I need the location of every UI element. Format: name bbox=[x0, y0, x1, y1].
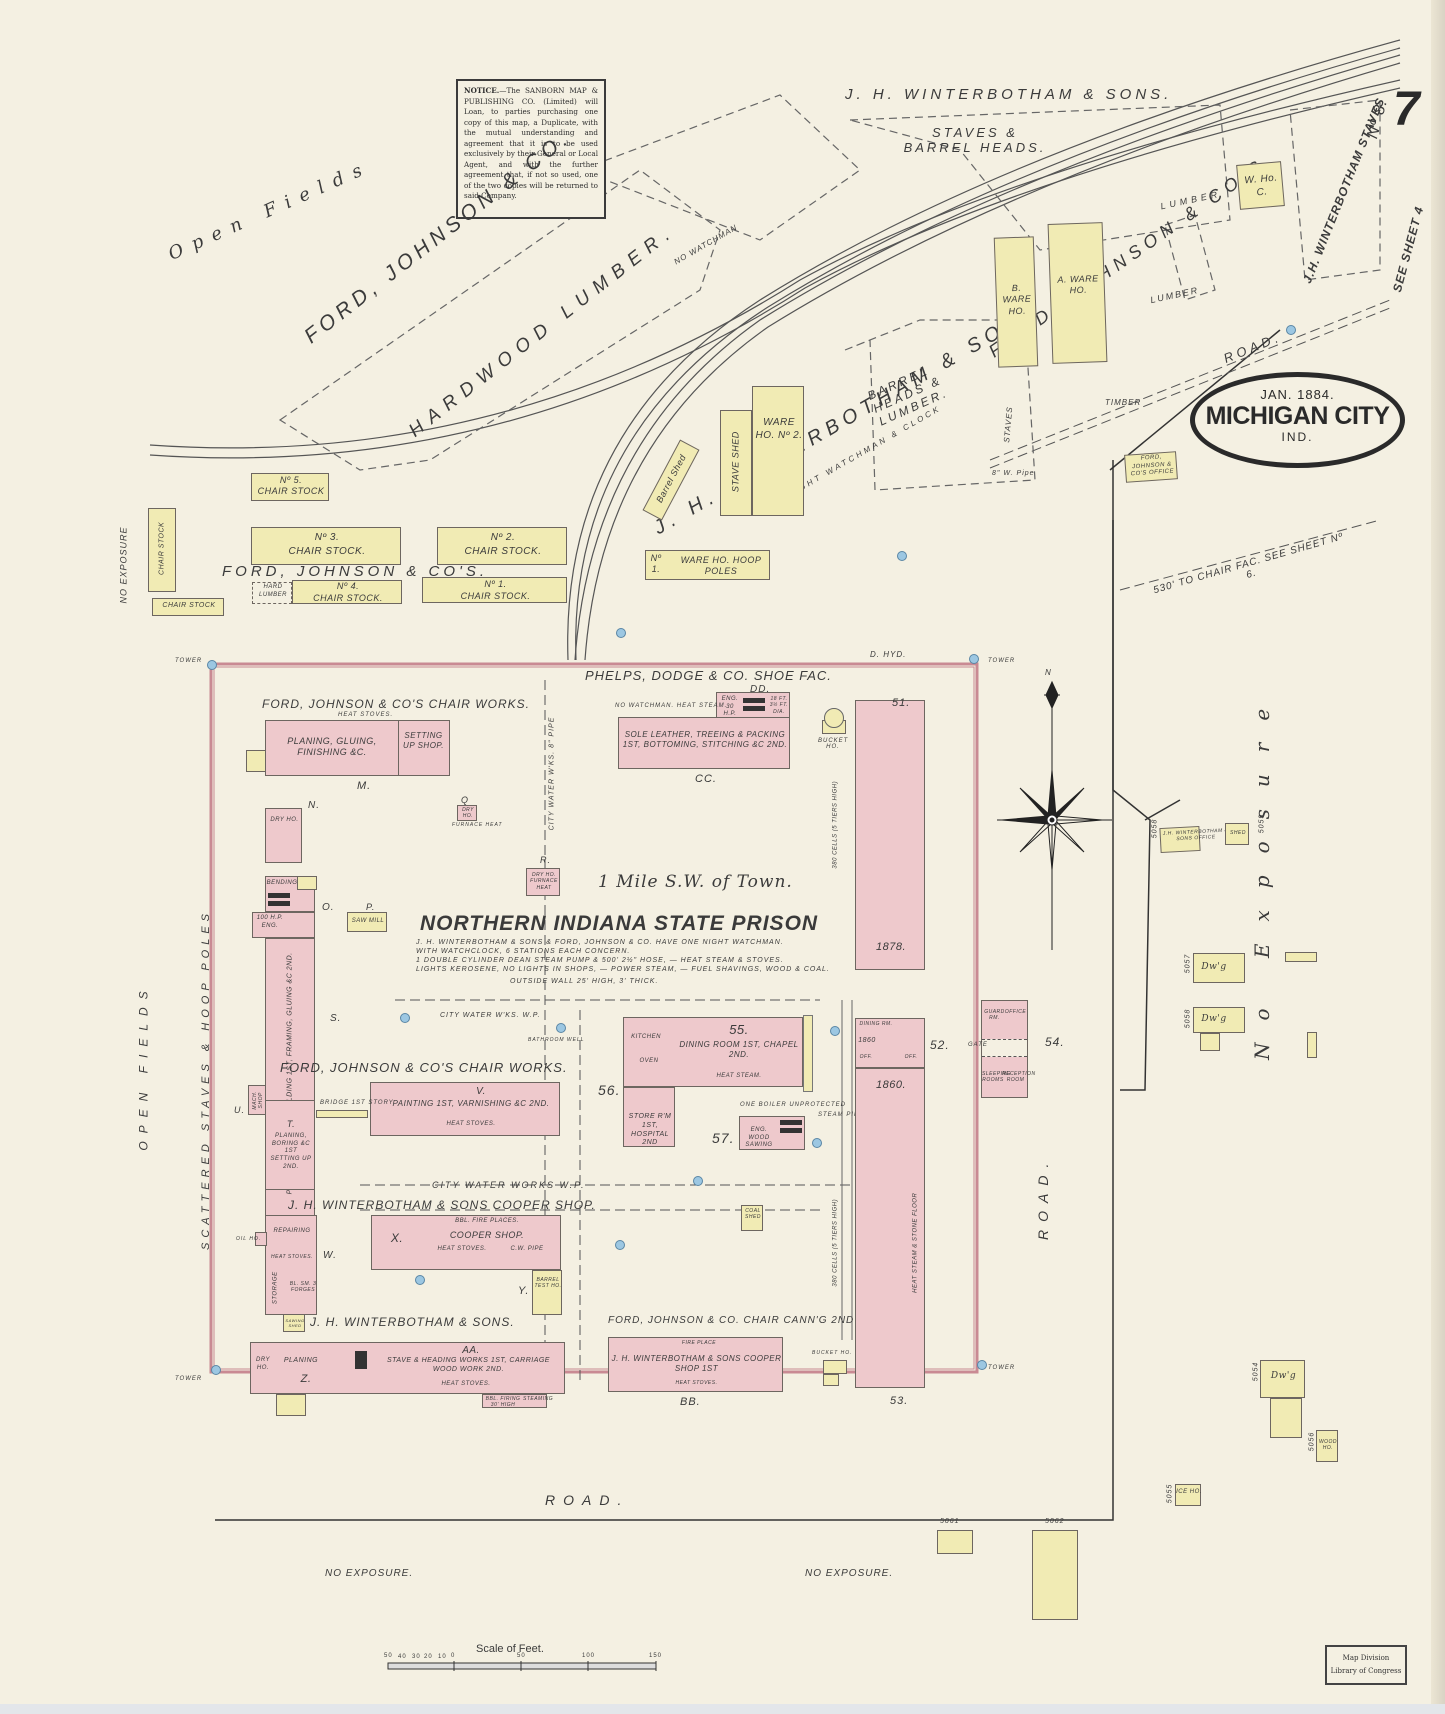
road-right: ROAD. bbox=[1035, 1156, 1051, 1240]
winterbotham-aa-title: J. H. WINTERBOTHAM & SONS. bbox=[310, 1315, 515, 1329]
outbuilding-1 bbox=[1285, 952, 1317, 962]
library-of-congress-stamp: Map Division Library of Congress bbox=[1325, 1645, 1407, 1685]
bldg-54-label: 54. bbox=[1045, 1035, 1065, 1049]
bathroom-well-label: BATHROOM WELL bbox=[528, 1037, 585, 1043]
building-55: 55. DINING ROOM 1ST, CHAPEL 2ND. HEAT ST… bbox=[623, 1017, 803, 1087]
shed-m bbox=[246, 750, 266, 772]
hydrant-icon bbox=[556, 1023, 566, 1033]
outbuilding-2 bbox=[1307, 1032, 1317, 1058]
shed-bottom-1 bbox=[937, 1530, 973, 1554]
boiler-label: ONE BOILER UNPROTECTED bbox=[740, 1102, 846, 1108]
building-x: BBL. FIRE PLACES. X. COOPER SHOP. HEAT S… bbox=[371, 1215, 561, 1270]
compass-north: N bbox=[1045, 668, 1052, 677]
prison-wall-note: OUTSIDE WALL 25' HIGH, 3' THICK. bbox=[510, 978, 658, 985]
stamp-city: MICHIGAN CITY bbox=[1195, 402, 1400, 430]
s-label: S. bbox=[330, 1013, 341, 1024]
porch-55 bbox=[803, 1015, 813, 1092]
building-w: REPAIRING HEAT STOVES. STORAGE BL. SM. 3… bbox=[265, 1215, 317, 1315]
jhw-office: J.H. WINTERBOTHAM & SONS OFFICE bbox=[1159, 826, 1200, 853]
ice-house: ICE HO. bbox=[1175, 1484, 1201, 1506]
prison-note-4: LIGHTS KEROSENE, NO LIGHTS IN SHOPS, — P… bbox=[416, 965, 830, 974]
w-label: W. bbox=[323, 1250, 337, 1261]
prison-note-3: 1 DOUBLE CYLINDER DEAN STEAM PUMP & 500'… bbox=[416, 956, 784, 965]
city-title-stamp: JAN. 1884. MICHIGAN CITY IND. bbox=[1190, 372, 1405, 468]
hydrant-icon bbox=[415, 1275, 425, 1285]
bldg-52-label: 52. bbox=[930, 1038, 950, 1052]
hydrant-icon bbox=[615, 1240, 625, 1250]
building-54: GUARD RM. OFFICE SLEEPING ROOMS RECEPTIO… bbox=[981, 1000, 1028, 1098]
tower-marker-se bbox=[977, 1360, 987, 1370]
water-main-label: CITY WATER W'KS. 8" PIPE bbox=[548, 717, 555, 831]
building-r: DRY HO. FURNACE HEAT bbox=[526, 868, 560, 896]
addr-5058b: 5058 bbox=[1184, 1009, 1191, 1029]
bldg-51-label: 51. bbox=[892, 697, 910, 709]
q-furnace: FURNACE HEAT bbox=[452, 822, 503, 828]
dwelling-2-annex bbox=[1200, 1033, 1220, 1051]
bucket-house-2 bbox=[823, 1360, 847, 1374]
tower-ne: TOWER bbox=[988, 658, 1015, 664]
tower-nw: TOWER bbox=[175, 658, 202, 664]
warehouse-b: B. WARE HO. bbox=[994, 236, 1039, 367]
bridge bbox=[316, 1110, 368, 1118]
building-v: V. PAINTING 1ST, VARNISHING &C 2ND. HEAT… bbox=[370, 1082, 560, 1136]
tower-marker-nw bbox=[207, 660, 217, 670]
stamp-date: JAN. 1884. bbox=[1195, 387, 1400, 402]
paper-edge bbox=[1431, 0, 1445, 1714]
bldg-56-label: 56. bbox=[598, 1082, 620, 1098]
timber-label: TIMBER bbox=[1105, 398, 1141, 407]
stamp-state: IND. bbox=[1195, 430, 1400, 444]
building-bb: FIRE PLACE J. H. WINTERBOTHAM & SONS COO… bbox=[608, 1337, 783, 1392]
chair-stock-3: Nº 3. CHAIR STOCK. bbox=[251, 527, 401, 565]
u-label: U. bbox=[234, 1105, 245, 1115]
distance-from-town: 1 Mile S.W. of Town. bbox=[598, 872, 793, 892]
open-fields-left: OPEN FIELDS bbox=[137, 983, 151, 1150]
cell-block-53: 1860. 380 CELLS (5 TIERS HIGH) HEAT STEA… bbox=[855, 1068, 925, 1388]
building-56: STORE R'M 1ST, HOSPITAL 2ND bbox=[623, 1087, 675, 1147]
warehouse-c: W. Ho. C. bbox=[1236, 161, 1285, 210]
addr-5059: 5059 bbox=[1258, 814, 1265, 834]
barrel-test-house: BARREL TEST HO. bbox=[532, 1270, 562, 1315]
bridge-label: BRIDGE 1ST STORY bbox=[320, 1100, 394, 1106]
bb-label: BB. bbox=[680, 1396, 701, 1408]
q-label: Q bbox=[461, 795, 469, 805]
m-label: M. bbox=[357, 780, 371, 792]
bldg-57-label: 57. bbox=[712, 1130, 734, 1146]
sawing-shed: SAWING SHED bbox=[283, 1314, 305, 1332]
oil-house-label: OIL HO. bbox=[236, 1236, 261, 1242]
water-pipe-label: 8" W. Pipe bbox=[992, 470, 1035, 477]
building-m: PLANING, GLUING, FINISHING &C. SETTING U… bbox=[265, 720, 450, 776]
engine-house-o: 100 H.P. ENG. bbox=[252, 912, 315, 938]
chair-stock-5: Nº 5. CHAIR STOCK bbox=[251, 473, 329, 501]
tower-sw: TOWER bbox=[175, 1376, 202, 1382]
scale-title: Scale of Feet. bbox=[476, 1643, 544, 1655]
chair-stock-4: Nº 4. CHAIR STOCK. bbox=[292, 580, 402, 604]
no-exposure-bottom-2: NO EXPOSURE. bbox=[805, 1568, 893, 1579]
hydrant-icon bbox=[897, 551, 907, 561]
hard-lumber: HARD LUMBER bbox=[252, 582, 292, 604]
dwelling-1: Dw'g bbox=[1193, 953, 1245, 983]
hydrant-icon bbox=[693, 1176, 703, 1186]
n-label: N. bbox=[308, 800, 320, 811]
shed-z bbox=[276, 1394, 306, 1416]
chair-stock-6: CHAIR STOCK bbox=[152, 598, 224, 616]
building-q: DRY HO. bbox=[457, 805, 477, 821]
cell-block-51: 380 CELLS (5 TIERS HIGH) 1878. bbox=[855, 700, 925, 970]
dwelling-2: Dw'g bbox=[1193, 1007, 1245, 1033]
bending-shed bbox=[297, 876, 317, 890]
hydrant-icon bbox=[1286, 325, 1296, 335]
addr-5054: 5054 bbox=[1252, 1362, 1259, 1382]
m-heat-stoves: HEAT STOVES. bbox=[338, 712, 393, 718]
addr-5055: 5055 bbox=[1166, 1484, 1173, 1504]
bb-title: FORD, JOHNSON & CO. CHAIR CANN'G 2ND bbox=[608, 1315, 854, 1326]
fj-chair-works-title-2: FORD, JOHNSON & CO'S CHAIR WORKS. bbox=[280, 1060, 568, 1075]
dwelling-3-annex bbox=[1270, 1398, 1302, 1438]
shed-bottom-2 bbox=[1032, 1530, 1078, 1620]
city-water-works-label: CITY WATER WORKS W.P. bbox=[432, 1180, 586, 1190]
map-linework bbox=[0, 0, 1445, 1714]
addr-5061: 5061 bbox=[940, 1518, 960, 1525]
scattered-staves-label: SCATTERED STAVES & HOOP POLES bbox=[200, 909, 212, 1250]
shed-east: SHED bbox=[1225, 823, 1249, 845]
addr-5058a: 5058 bbox=[1151, 819, 1158, 839]
chair-stock-1: Nº 1. CHAIR STOCK. bbox=[422, 577, 567, 603]
bucket-house-2-label: BUCKET HO. bbox=[812, 1350, 853, 1356]
hydrant-icon bbox=[830, 1026, 840, 1036]
warehouse-no1: Nº 1. WARE HO. HOOP POLES bbox=[645, 550, 770, 580]
building-n: DRY HO. bbox=[265, 808, 302, 863]
warehouse-no2: WARE HO. Nº 2. bbox=[752, 386, 804, 516]
hydrant-icon bbox=[400, 1013, 410, 1023]
no-exposure-bottom-1: NO EXPOSURE. bbox=[325, 1568, 413, 1579]
r-label: R. bbox=[540, 855, 551, 865]
building-57: ENG. WOOD SAWING bbox=[739, 1116, 805, 1150]
addr-5056: 5056 bbox=[1308, 1432, 1315, 1452]
no-exposure-right: No Exposure bbox=[1250, 687, 1274, 1060]
prison-title: NORTHERN INDIANA STATE PRISON bbox=[420, 912, 818, 936]
bldg-53-label: 53. bbox=[890, 1395, 908, 1407]
o-label: O. bbox=[322, 902, 335, 913]
building-aa-z: DRY HO. PLANING Z. AA. STAVE & HEADING W… bbox=[250, 1342, 565, 1394]
prison-note-1: J. H. WINTERBOTHAM & SONS & FORD, JOHNSO… bbox=[416, 938, 784, 947]
phelps-cc-label: CC. bbox=[695, 773, 717, 785]
tower-marker-ne bbox=[969, 654, 979, 664]
p-label: P. bbox=[366, 902, 375, 912]
chair-stock-7: CHAIR STOCK bbox=[148, 508, 176, 592]
map-sheet: 7 Nº 8. NOTICE.—The SANBORN MAP & PUBLIS… bbox=[0, 0, 1445, 1714]
tower-se: TOWER bbox=[988, 1365, 1015, 1371]
phelps-main-building: SOLE LEATHER, TREEING & PACKING 1ST, BOT… bbox=[618, 717, 790, 769]
y-label: Y. bbox=[518, 1285, 529, 1297]
no-exposure-left: NO EXPOSURE bbox=[119, 526, 129, 603]
city-water-label: CITY WATER W'KS. W.P. bbox=[440, 1012, 541, 1019]
road-bottom: ROAD. bbox=[545, 1492, 629, 1508]
fj-chair-works-title-1: FORD, JOHNSON & CO'S CHAIR WORKS. bbox=[262, 697, 530, 711]
tower-marker-sw bbox=[211, 1365, 221, 1375]
addr-5057: 5057 bbox=[1184, 954, 1191, 974]
staves-heads-label: STAVES & BARREL HEADS. bbox=[900, 125, 1050, 155]
cell-block-center: DINING RM. 1860 OFF. OFF. bbox=[855, 1018, 925, 1068]
phelps-title: PHELPS, DODGE & CO. SHOE FAC. bbox=[585, 668, 832, 683]
stave-shed: STAVE SHED bbox=[720, 410, 752, 516]
winterbotham-cooper-title: J. H. WINTERBOTHAM & SONS COOPER SHOP. bbox=[288, 1198, 596, 1212]
phelps-note: NO WATCHMAN. HEAT STEAM. bbox=[615, 703, 727, 709]
warehouse-a: A. WARE HO. bbox=[1048, 222, 1108, 364]
chair-stock-2: Nº 2. CHAIR STOCK. bbox=[437, 527, 567, 565]
coal-shed: COAL SHED bbox=[741, 1205, 763, 1231]
gate-label: GATE bbox=[968, 1042, 988, 1048]
prison-note-2: WITH WATCHCLOCK, 6 STATIONS EACH CONCERN… bbox=[416, 947, 630, 956]
hydrant-icon bbox=[812, 1138, 822, 1148]
barrel-firing: BBL. FIRING 30' HIGH STEAMING bbox=[482, 1394, 547, 1408]
wood-house: WOOD HO. bbox=[1316, 1430, 1338, 1462]
notice-text: —The SANBORN MAP & PUBLISHING CO. (Limit… bbox=[464, 86, 598, 200]
saw-mill: SAW MILL bbox=[347, 912, 387, 932]
winterbotham-title: J. H. WINTERBOTHAM & SONS. bbox=[845, 86, 1172, 103]
bucket-house-2-annex bbox=[823, 1374, 839, 1386]
machine-shop: MACH. SHOP bbox=[248, 1085, 266, 1115]
hydrant-label: D. HYD. bbox=[870, 650, 906, 659]
building-t: T. PLANING, BORING &C 1ST SETTING UP 2ND… bbox=[265, 1100, 315, 1190]
fj-office: FORD, JOHNSON & CO'S OFFICE bbox=[1124, 451, 1178, 483]
hydrant-icon bbox=[616, 628, 626, 638]
addr-5062: 5062 bbox=[1045, 1518, 1065, 1525]
dwelling-3: Dw'g bbox=[1260, 1360, 1305, 1398]
notice-heading: NOTICE. bbox=[464, 86, 499, 95]
scan-margin bbox=[0, 1704, 1445, 1714]
sheet-number: 7 bbox=[1393, 82, 1421, 137]
